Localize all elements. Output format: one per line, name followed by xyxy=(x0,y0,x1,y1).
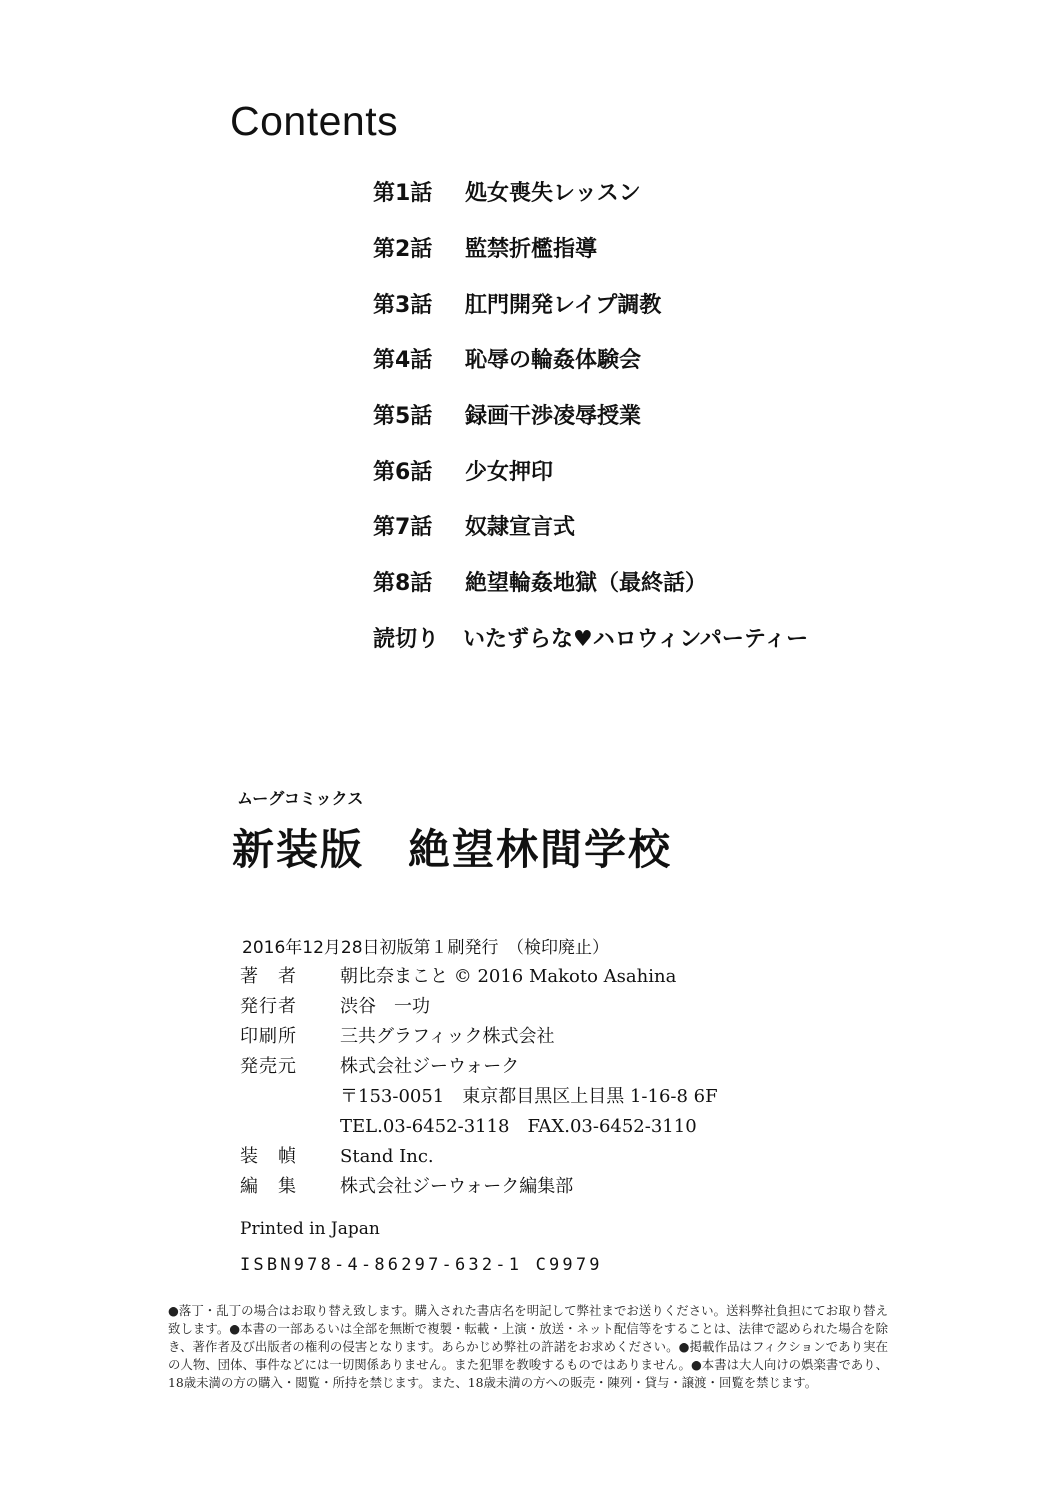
chapter-number: 第1話 xyxy=(373,176,465,207)
legal-notice: ●落丁・乱丁の場合はお取り替え致します。購入された書店名を明記して弊社までお送り… xyxy=(168,1302,888,1392)
row-label: 発行者 xyxy=(240,992,340,1022)
imprint-label: ムーグコミックス xyxy=(237,786,363,809)
colophon: 2016年12月28日初版第１刷発行 （検印廃止） 著 者 朝比奈まこと © 2… xyxy=(240,934,718,1280)
chapter-number: 読切り xyxy=(373,622,463,653)
toc-item-5: 第5話 録画干渉凌辱授業 xyxy=(373,387,808,443)
contents-heading: Contents xyxy=(230,98,398,145)
chapter-number: 第8話 xyxy=(373,566,465,597)
book-colophon-page: Contents 第1話 処女喪失レッスン 第2話 監禁折檻指導 第3話 肛門開… xyxy=(0,0,1046,1500)
colophon-row-address: 〒153-0051 東京都目黒区上目黒 1-16-8 6F xyxy=(240,1082,718,1112)
chapter-number: 第4話 xyxy=(373,343,465,374)
chapter-title: 肛門開発レイプ調教 xyxy=(465,288,661,319)
chapter-title: 監禁折檻指導 xyxy=(465,232,597,263)
chapter-title: 少女押印 xyxy=(465,455,553,486)
colophon-row-printer: 印刷所 三共グラフィック株式会社 xyxy=(240,1022,718,1052)
table-of-contents: 第1話 処女喪失レッスン 第2話 監禁折檻指導 第3話 肛門開発レイプ調教 第4… xyxy=(373,164,808,665)
colophon-row-editor: 編 集 株式会社ジーウォーク編集部 xyxy=(240,1172,718,1202)
toc-item-2: 第2話 監禁折檻指導 xyxy=(373,220,808,276)
chapter-title: いたずらな♥ハロウィンパーティー xyxy=(463,622,808,653)
chapter-number: 第2話 xyxy=(373,232,465,263)
row-label: 著 者 xyxy=(240,962,340,992)
chapter-number: 第5話 xyxy=(373,399,465,430)
row-label xyxy=(240,1112,340,1142)
row-value: TEL.03-6452-3118 FAX.03-6452-3110 xyxy=(340,1112,697,1142)
toc-item-7: 第7話 奴隷宣言式 xyxy=(373,498,808,554)
toc-item-3: 第3話 肛門開発レイプ調教 xyxy=(373,275,808,331)
row-value: 株式会社ジーウォーク編集部 xyxy=(340,1172,573,1202)
chapter-number: 第6話 xyxy=(373,455,465,486)
toc-item-1: 第1話 処女喪失レッスン xyxy=(373,164,808,220)
row-value: 渋谷 一功 xyxy=(340,992,430,1022)
chapter-title: 絶望輪姦地獄（最終話） xyxy=(465,566,707,597)
chapter-number: 第7話 xyxy=(373,510,465,541)
colophon-row-author: 著 者 朝比奈まこと © 2016 Makoto Asahina xyxy=(240,962,718,992)
row-value: Stand Inc. xyxy=(340,1142,434,1172)
colophon-row-design: 装 幀 Stand Inc. xyxy=(240,1142,718,1172)
toc-item-8: 第8話 絶望輪姦地獄（最終話） xyxy=(373,554,808,610)
row-label: 印刷所 xyxy=(240,1022,340,1052)
row-label: 編 集 xyxy=(240,1172,340,1202)
printed-in-japan: Printed in Japan xyxy=(240,1214,718,1244)
isbn: ISBN978-4-86297-632-1 C9979 xyxy=(240,1250,718,1280)
chapter-number: 第3話 xyxy=(373,288,465,319)
chapter-title: 恥辱の輪姦体験会 xyxy=(465,343,641,374)
colophon-row-phone: TEL.03-6452-3118 FAX.03-6452-3110 xyxy=(240,1112,718,1142)
row-value: 朝比奈まこと © 2016 Makoto Asahina xyxy=(340,962,676,992)
row-value: 〒153-0051 東京都目黒区上目黒 1-16-8 6F xyxy=(340,1082,718,1112)
colophon-row-distributor: 発売元 株式会社ジーウォーク xyxy=(240,1052,718,1082)
book-title: 新装版 絶望林間学校 xyxy=(232,817,672,877)
row-value: 株式会社ジーウォーク xyxy=(340,1052,519,1082)
toc-item-6: 第6話 少女押印 xyxy=(373,442,808,498)
chapter-title: 奴隷宣言式 xyxy=(465,510,575,541)
chapter-title: 録画干渉凌辱授業 xyxy=(465,399,641,430)
row-value: 三共グラフィック株式会社 xyxy=(340,1022,555,1052)
toc-item-oneshot: 読切り いたずらな♥ハロウィンパーティー xyxy=(373,610,808,666)
row-label xyxy=(240,1082,340,1112)
row-label: 装 幀 xyxy=(240,1142,340,1172)
colophon-row-publisher: 発行者 渋谷 一功 xyxy=(240,992,718,1022)
chapter-title: 処女喪失レッスン xyxy=(465,176,641,207)
row-label: 発売元 xyxy=(240,1052,340,1082)
edition-line: 2016年12月28日初版第１刷発行 （検印廃止） xyxy=(242,934,718,962)
toc-item-4: 第4話 恥辱の輪姦体験会 xyxy=(373,331,808,387)
